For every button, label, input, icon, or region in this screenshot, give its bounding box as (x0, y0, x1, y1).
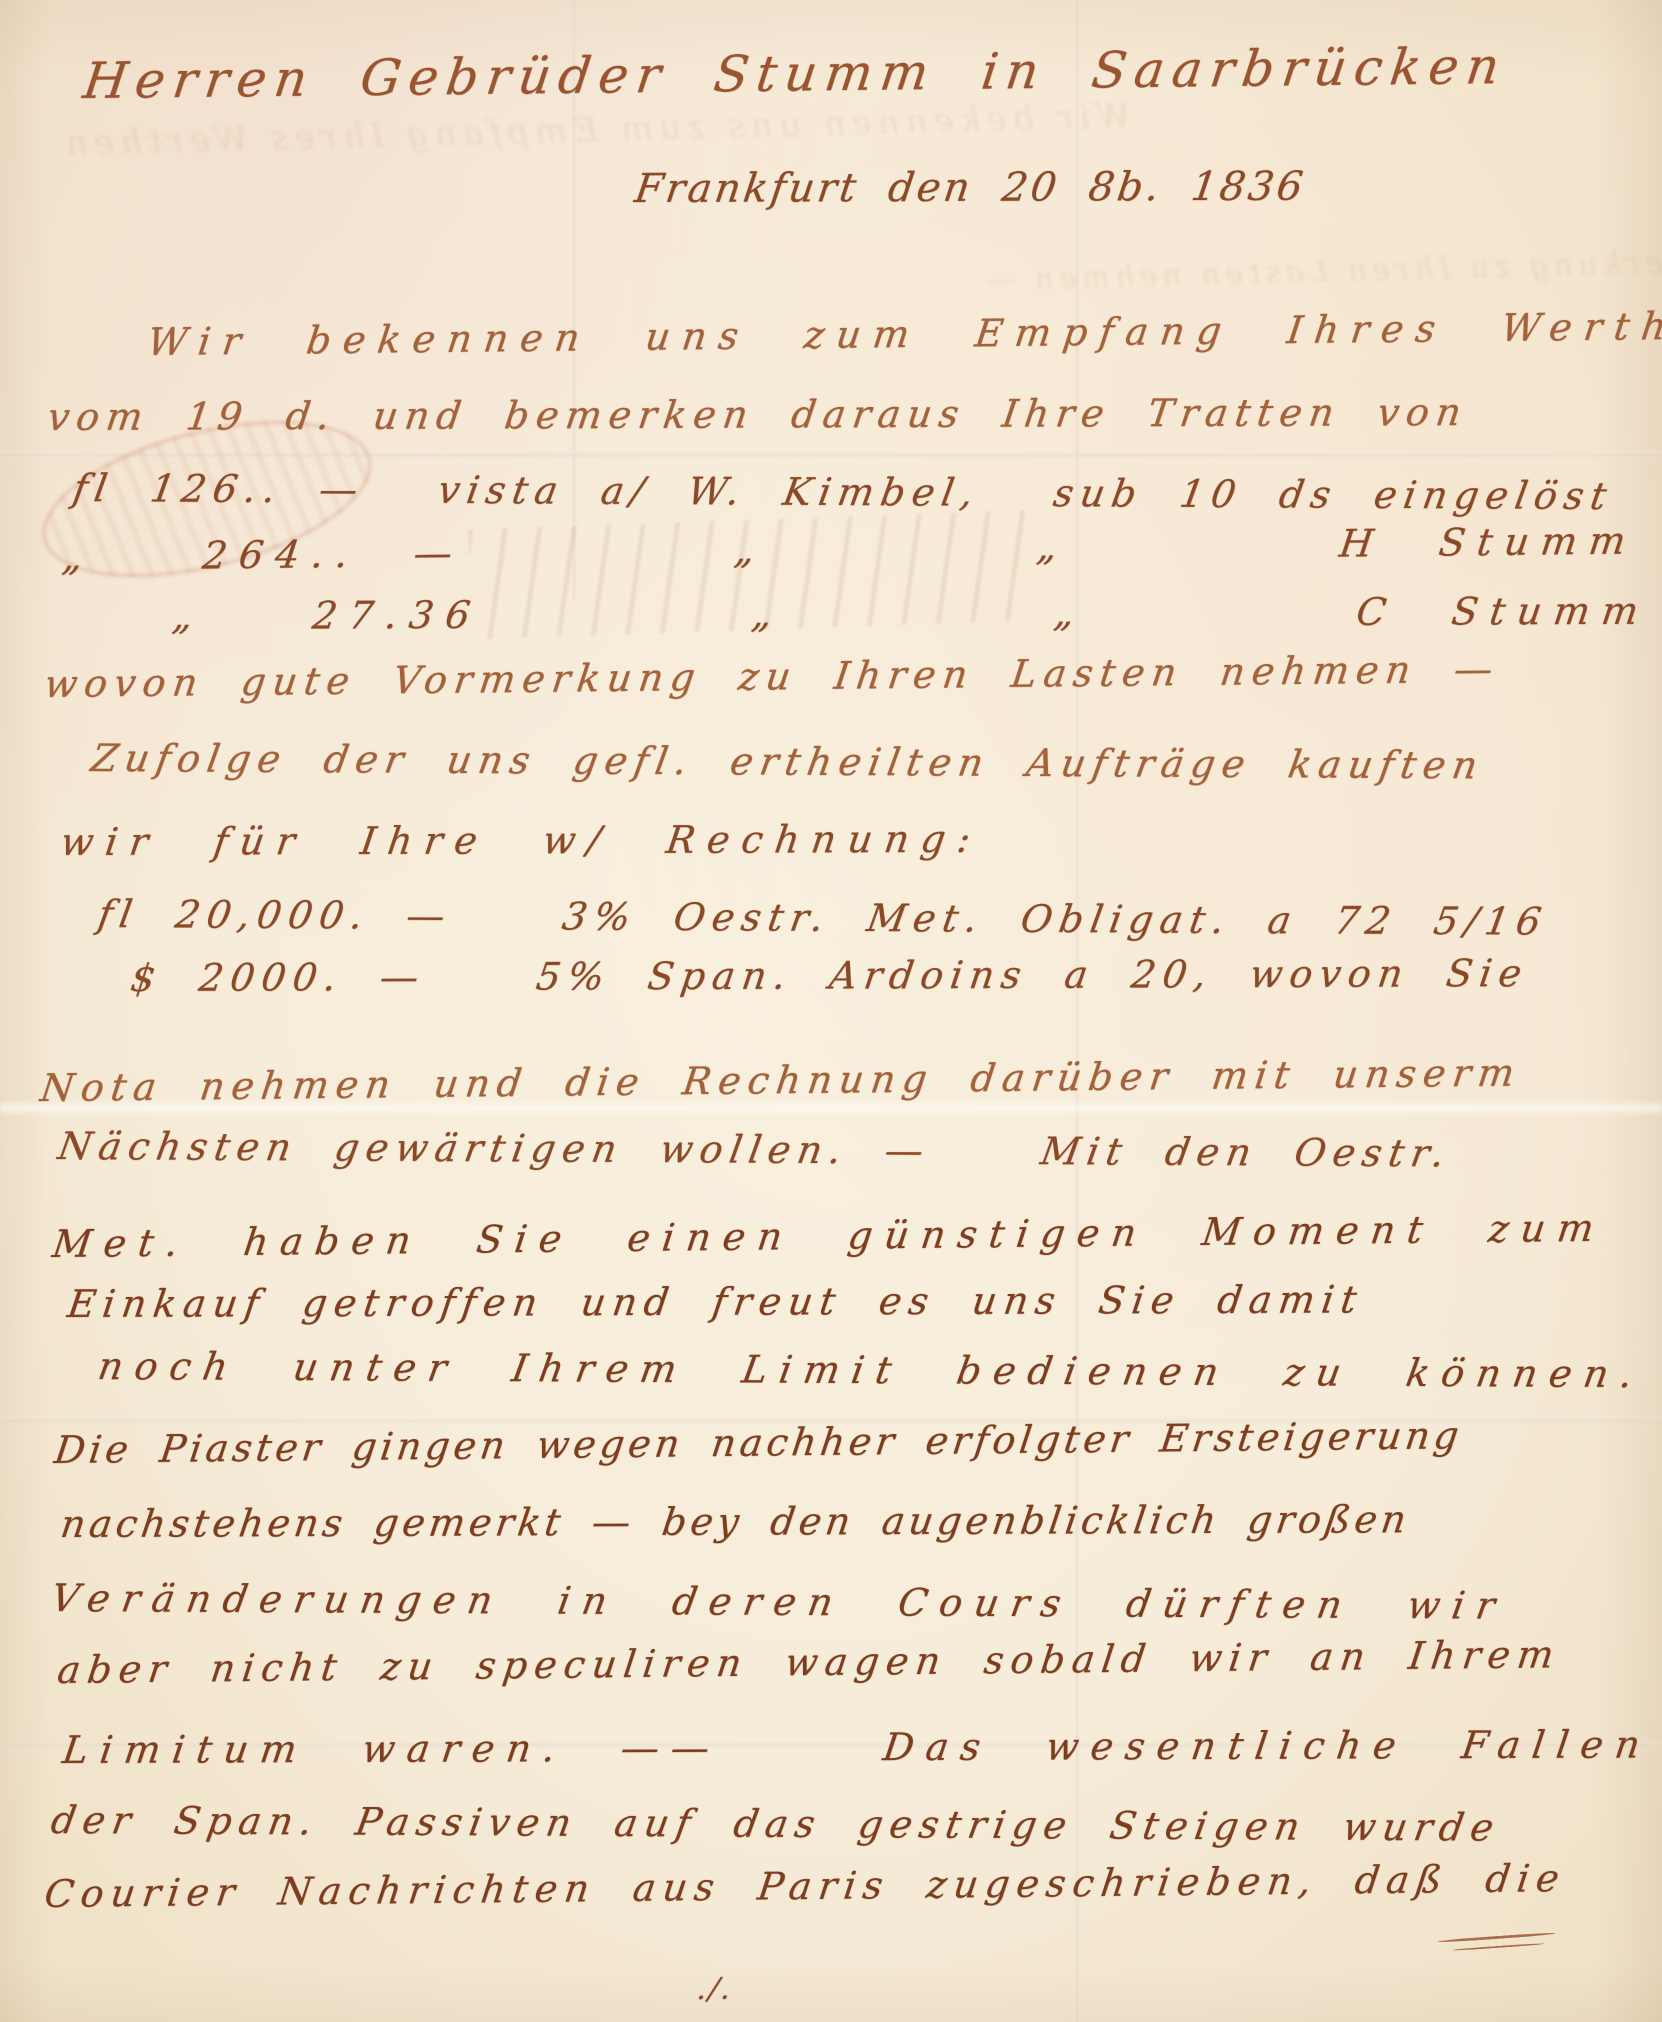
letter-page: { "page": { "paper_color": "#f6ecd9", "i… (0, 0, 1662, 2022)
body-line: wir für Ihre w/ Rechnung: (58, 817, 985, 864)
body-line: „ 264.. — „ „ H Stumm (60, 519, 1640, 579)
body-line: $ 2000. — 5% Span. Ardoins a 20, wovon S… (128, 951, 1531, 1000)
body-line: Courier Nachrichten aus Paris zugeschrie… (42, 1856, 1569, 1916)
body-line: aber nicht zu speculiren wagen sobald wi… (55, 1632, 1563, 1692)
ghost-showthrough-text: wovon gute Vormerkung zu Ihren Lasten ne… (980, 237, 1662, 299)
body-line: fl 126.. — vista a/ W. Kimbel, sub 10 ds… (70, 466, 1617, 518)
body-line: Met. haben Sie einen günstigen Moment zu… (50, 1206, 1608, 1266)
fold-crease-horizontal-1 (0, 452, 1662, 458)
body-line: noch unter Ihrem Limit bedienen zu könne… (95, 1344, 1648, 1396)
body-line: Nota nehmen und die Rechnung darüber mit… (38, 1051, 1524, 1110)
body-line: wovon gute Vormerkung zu Ihren Lasten ne… (42, 647, 1502, 706)
body-line: nachstehens gemerkt — bey den augenblick… (58, 1497, 1413, 1546)
body-line: Zufolge der uns gefl. ertheilten Aufträg… (88, 736, 1488, 787)
body-line: Wir bekennen uns zum Empfang Ihres Werth… (145, 303, 1662, 364)
underline-stroke (1452, 1943, 1544, 1951)
date-line: Frankfurt den 20 8b. 1836 (632, 164, 1308, 212)
body-line: vom 19 d. und bemerken daraus Ihre Tratt… (45, 390, 1471, 439)
body-line: Einkauf getroffen und freut es uns Sie d… (65, 1277, 1366, 1326)
underline-stroke (1438, 1932, 1556, 1943)
paper-vignette (0, 0, 1662, 2022)
recipient-line: Herren Gebrüder Stumm in Saarbrücken (80, 37, 1511, 110)
double-underline-flourish (1438, 1932, 1557, 1956)
body-line: Limitum waren. —— Das wesentliche Fallen (60, 1722, 1655, 1772)
body-line: „ 27.36 „ „ C Stumm (170, 589, 1653, 638)
body-line: Die Piaster gingen wegen nachher erfolgt… (52, 1413, 1465, 1472)
body-line: der Span. Passiven auf das gestrige Stei… (48, 1798, 1504, 1850)
body-line: fl 20,000. — 3% Oestr. Met. Obligat. a 7… (95, 892, 1551, 944)
body-line: Nächsten gewärtigen wollen. — Mit den Oe… (55, 1124, 1455, 1175)
body-line: Veränderungen in deren Cours dürften wir (48, 1576, 1510, 1628)
fold-crease-vertical-right (1075, 0, 1079, 2022)
page-turn-mark: ./. (695, 1972, 735, 2007)
